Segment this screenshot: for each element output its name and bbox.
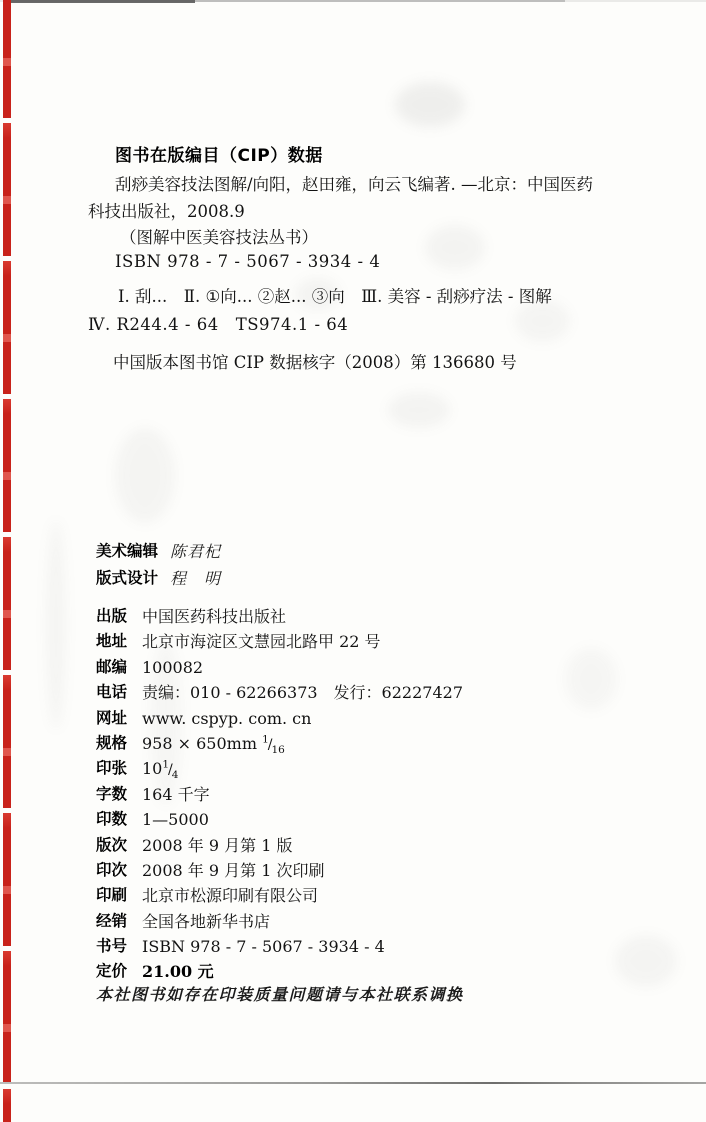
credits-block: 美术编辑 陈君杞 版式设计 程 明 <box>96 538 221 592</box>
credit-value: 陈君杞 <box>170 538 221 565</box>
scan-noise <box>388 392 450 428</box>
cip-line-book-info: 刮痧美容技法图解/向阳，赵田雍，向云飞编著. —北京：中国医药 <box>115 171 593 195</box>
pub-label: 印张 <box>96 756 142 781</box>
pub-value: 全国各地新华书店 <box>142 909 270 934</box>
pub-label: 书号 <box>96 934 142 959</box>
pub-label: 出版 <box>96 604 142 629</box>
pub-row-sheets: 印张 101/4 <box>96 756 463 781</box>
pub-row-isbn: 书号 ISBN 978 - 7 - 5067 - 3934 - 4 <box>96 934 463 959</box>
pub-value: 2008 年 9 月第 1 次印刷 <box>142 858 325 883</box>
pub-label: 邮编 <box>96 655 142 680</box>
scan-noise <box>395 82 465 127</box>
cip-line-classification-2: Ⅳ. R244.4 - 64 TS974.1 - 64 <box>88 311 348 335</box>
pub-row-phone: 电话 责编：010 - 62266373 发行：62227427 <box>96 680 463 705</box>
scan-top-edge-dark <box>8 0 195 3</box>
pub-row-printrun: 印数 1—5000 <box>96 807 463 832</box>
pub-value: 北京市海淀区文慧园北路甲 22 号 <box>142 629 381 654</box>
scan-red-edge-strip <box>3 0 11 1122</box>
pub-value: www. cspyp. com. cn <box>142 706 311 731</box>
pub-row-website: 网址 www. cspyp. com. cn <box>96 706 463 731</box>
pub-label: 印刷 <box>96 883 142 908</box>
pub-label: 电话 <box>96 680 142 705</box>
pub-label: 印数 <box>96 807 142 832</box>
pub-value: 中国医药科技出版社 <box>142 604 286 629</box>
fraction-denominator: 16 <box>272 744 285 756</box>
pub-row-address: 地址 北京市海淀区文慧园北路甲 22 号 <box>96 629 463 654</box>
pub-row-wordcount: 字数 164 千字 <box>96 782 463 807</box>
pub-label: 网址 <box>96 706 142 731</box>
scan-noise <box>425 225 485 270</box>
pub-value: 101/4 <box>142 756 178 781</box>
pub-value: 100082 <box>142 655 203 680</box>
pub-label: 印次 <box>96 858 142 883</box>
scan-top-edge-light <box>195 0 565 2</box>
copyright-page: 图书在版编目（CIP）数据 刮痧美容技法图解/向阳，赵田雍，向云飞编著. —北京… <box>0 0 706 1122</box>
cip-line-record-number: 中国版本图书馆 CIP 数据核字（2008）第 136680 号 <box>113 349 517 373</box>
pub-row-postcode: 邮编 100082 <box>96 655 463 680</box>
credit-label: 美术编辑 <box>96 538 170 565</box>
cip-line-publisher-year: 科技出版社，2008.9 <box>88 198 245 222</box>
scan-noise <box>115 428 175 523</box>
credit-row-art-editor: 美术编辑 陈君杞 <box>96 538 221 565</box>
pub-row-publisher: 出版 中国医药科技出版社 <box>96 604 463 629</box>
pub-value: 北京市松源印刷有限公司 <box>142 883 318 908</box>
quality-notice: 本社图书如存在印装质量问题请与本社联系调换 <box>96 982 464 1005</box>
publication-block: 出版 中国医药科技出版社 地址 北京市海淀区文慧园北路甲 22 号 邮编 100… <box>96 604 463 985</box>
pub-value: 责编：010 - 62266373 发行：62227427 <box>142 680 463 705</box>
credit-row-layout-designer: 版式设计 程 明 <box>96 565 221 592</box>
pub-row-printer: 印刷 北京市松源印刷有限公司 <box>96 883 463 908</box>
pub-row-format: 规格 958 × 650mm 1/16 <box>96 731 463 756</box>
pub-label: 规格 <box>96 731 142 756</box>
cip-line-series: （图解中医美容技法丛书） <box>120 224 318 248</box>
pub-label: 字数 <box>96 782 142 807</box>
cip-line-isbn: ISBN 978 - 7 - 5067 - 3934 - 4 <box>115 252 380 271</box>
scan-bottom-edge <box>0 1082 706 1084</box>
pub-row-edition: 版次 2008 年 9 月第 1 版 <box>96 833 463 858</box>
pub-row-printing: 印次 2008 年 9 月第 1 次印刷 <box>96 858 463 883</box>
credit-value: 程 明 <box>170 565 221 592</box>
pub-value: 2008 年 9 月第 1 版 <box>142 833 293 858</box>
cip-title: 图书在版编目（CIP）数据 <box>115 141 323 166</box>
sheet-count: 10 <box>142 759 162 778</box>
pub-label: 版次 <box>96 833 142 858</box>
cip-line-classification-1: Ⅰ. 刮... Ⅱ. ①向... ②赵... ③向 Ⅲ. 美容 - 刮痧疗法 -… <box>118 283 552 307</box>
scan-noise <box>615 935 677 987</box>
pub-value: ISBN 978 - 7 - 5067 - 3934 - 4 <box>142 934 385 959</box>
pub-value: 958 × 650mm 1/16 <box>142 731 285 756</box>
pub-value: 1—5000 <box>142 807 209 832</box>
scan-noise <box>565 648 617 710</box>
pub-label: 经销 <box>96 909 142 934</box>
pub-value: 164 千字 <box>142 782 210 807</box>
credit-label: 版式设计 <box>96 565 170 592</box>
format-size: 958 × 650mm <box>142 734 262 753</box>
pub-label: 地址 <box>96 629 142 654</box>
scan-noise <box>46 520 66 730</box>
fraction-denominator: 4 <box>172 770 179 782</box>
pub-row-distributor: 经销 全国各地新华书店 <box>96 909 463 934</box>
